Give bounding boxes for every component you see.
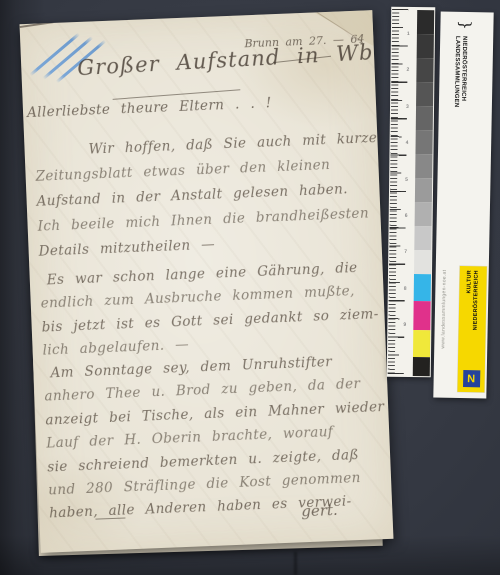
brace-logo-icon: }: [456, 20, 474, 30]
ruler-number: 9: [403, 322, 406, 358]
salutation-line: Allerliebste theure Eltern . . !: [27, 95, 272, 121]
gray-step: [416, 106, 433, 130]
gray-step: [414, 226, 431, 250]
background-seam: [294, 552, 297, 575]
color-patch: [413, 301, 430, 330]
brand-line-2: NIEDERÖSTERREICH: [473, 270, 480, 330]
closing-word: gert.: [301, 501, 338, 520]
kultur-noe-label: KULTUR NIEDERÖSTERREICH N: [457, 266, 486, 392]
brand-line-1: KULTUR: [466, 270, 472, 294]
grayscale-step-wedge: [414, 10, 434, 274]
noe-n-logo-icon: N: [463, 370, 480, 387]
paragraph: Am Sonntage sey, dem Unruhstifteranhero …: [43, 349, 389, 526]
ruler-number: 2: [406, 67, 409, 103]
collection-line-2: NIEDERÖSTERREICH: [460, 36, 467, 108]
ruler-number: 3: [406, 104, 409, 140]
gray-step: [417, 10, 434, 34]
date-flourish: [20, 21, 54, 28]
color-patch: [414, 274, 431, 301]
color-patch: [413, 330, 430, 357]
gray-step: [415, 130, 432, 154]
gray-step: [416, 82, 433, 106]
ruler-number: 8: [403, 286, 406, 322]
gray-step: [415, 154, 432, 178]
ruler-number: 7: [404, 249, 407, 285]
color-patch: [413, 357, 430, 376]
kultur-noe-text: KULTUR NIEDERÖSTERREICH: [458, 270, 487, 367]
ruler-number: 5: [405, 176, 408, 212]
ruler-number: 4: [405, 140, 408, 176]
archive-label-card: } LANDESSAMMLUNGEN NIEDERÖSTERREICH www.…: [433, 12, 493, 399]
letter-page: Brunn am 27. — 64 Großer Aufstand in Wb.…: [20, 10, 394, 553]
paragraph: Es war schon lange eine Gährung, dieendl…: [39, 256, 382, 363]
collection-url: www.landessammlungen-noe.at: [440, 270, 448, 349]
cmyk-patches: [413, 274, 431, 376]
ruler-number: 6: [404, 213, 407, 249]
gray-step: [417, 34, 434, 58]
gray-step: [414, 250, 431, 274]
ruler-number: 1: [407, 31, 410, 67]
scan-background: Brunn am 27. — 64 Großer Aufstand in Wb.…: [0, 0, 500, 575]
gray-step: [415, 178, 432, 202]
paragraph: Wir hoffen, daß Sie auch mit kurzemZeitu…: [34, 126, 379, 265]
gray-step: [416, 58, 433, 82]
collection-label: LANDESSAMMLUNGEN NIEDERÖSTERREICH: [453, 36, 467, 108]
ruler-ticks: [388, 9, 416, 375]
calibration-ruler: 123456789: [387, 7, 436, 378]
gray-step: [415, 202, 432, 226]
